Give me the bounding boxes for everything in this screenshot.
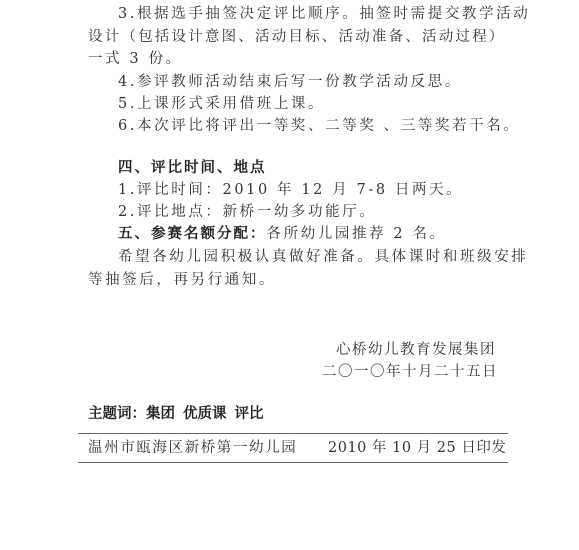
body-line-item3-cont: 设计（包括设计意图、活动目标、活动准备、活动过程） [88, 27, 506, 47]
section4-item-time: 1.评比时间：2010 年 12 月 7-8 日两天。 [118, 180, 463, 200]
body-line-item6: 6.本次评比将评出一等奖、二等奖 、三等奖若干名。 [118, 116, 520, 136]
section4-item-place: 2.评比地点：新桥一幼多功能厅。 [118, 202, 376, 222]
keywords-label: 主题词： [88, 406, 146, 422]
closing-line-1: 希望各幼儿园积极认真做好准备。具体课时和班级安排 [118, 247, 528, 267]
footer-bottom-rule [78, 462, 508, 463]
body-line-item3-end: 一式 3 份。 [88, 49, 183, 69]
footer-top-rule [78, 433, 508, 434]
body-line-item4: 4.参评教师活动结束后写一份教学活动反思。 [118, 72, 462, 92]
body-line-item5: 5.上课形式采用借班上课。 [118, 94, 325, 114]
section4-heading: 四、评比时间、地点 [118, 158, 267, 178]
section5-text: 各所幼儿园推荐 2 名。 [267, 226, 447, 242]
keywords-line: 主题词：集团优质课评比 [88, 402, 272, 423]
signature-date: 二〇一〇年十月二十五日 [322, 362, 498, 382]
section5-heading: 五、参赛名额分配： [118, 225, 267, 242]
keyword-term: 评比 [235, 406, 264, 422]
keyword-term: 集团 [146, 406, 175, 422]
signature-organization: 心桥幼儿教育发展集团 [336, 340, 496, 360]
keyword-term: 优质课 [183, 406, 227, 422]
footer-issuer: 温州市瓯海区新桥第一幼儿园 [88, 438, 297, 458]
body-line-item3: 3.根据选手抽签决定评比顺序。抽签时需提交教学活动 [118, 4, 530, 24]
section5-line: 五、参赛名额分配：各所幼儿园推荐 2 名。 [118, 224, 447, 244]
footer-issue-date: 2010 年 10 月 25 日印发 [328, 438, 506, 458]
closing-line-2: 等抽签后，再另行通知。 [88, 270, 276, 290]
